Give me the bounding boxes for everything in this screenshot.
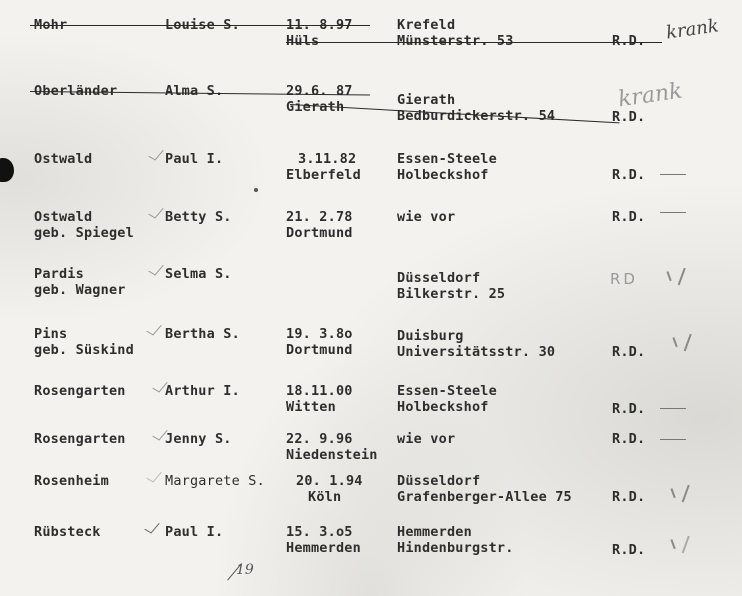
birth-place: Hemmerden	[286, 540, 361, 556]
city: Düsseldorf	[397, 473, 480, 489]
city: Hemmerden	[397, 524, 472, 540]
handwritten-annotation: krank	[665, 15, 720, 43]
surname: Rosengarten	[34, 431, 126, 447]
list-item: Rübsteck Paul I. 15. 3.o5 Hemmerden Hemm…	[0, 524, 742, 564]
list-item: Oberländer Alma S. 29.6. 87 Gierath Gier…	[0, 83, 742, 123]
rd-marker: R.D.	[612, 209, 645, 225]
rd-marker: R.D.	[612, 489, 645, 505]
city: Düsseldorf	[397, 270, 480, 286]
birth-place: Hüls	[286, 33, 319, 49]
birth-place: Köln	[308, 489, 341, 505]
birth-date: 22. 9.96	[286, 431, 353, 447]
list-item: Rosenheim Margarete S. 20. 1.94 Köln Düs…	[0, 473, 742, 513]
folio-number: 19	[236, 562, 254, 578]
street: Universitätsstr. 30	[397, 344, 555, 360]
rd-marker-handwritten: RD	[610, 270, 638, 288]
first-name: Selma S.	[165, 266, 232, 282]
street: Grafenberger-Allee 75	[397, 489, 572, 505]
first-name: Alma S.	[165, 83, 223, 99]
birth-place: Elberfeld	[286, 167, 361, 183]
surname-line2: geb. Spiegel	[34, 225, 134, 241]
first-name: Paul I.	[165, 151, 223, 167]
birth-date: 3.11.82	[298, 151, 356, 167]
birth-place: Niedenstein	[286, 447, 378, 463]
city: wie vor	[397, 431, 455, 447]
rd-marker: R.D.	[612, 401, 645, 417]
city: Duisburg	[397, 328, 464, 344]
surname: Rübsteck	[34, 524, 101, 540]
list-item: Pins geb. Süskind Bertha S. 19. 3.8o Dor…	[0, 326, 742, 366]
street: Münsterstr. 53	[397, 33, 514, 49]
strike-line	[30, 25, 370, 26]
surname: Rosenheim	[34, 473, 109, 489]
check-tick-icon	[148, 261, 163, 275]
birth-date: 15. 3.o5	[286, 524, 353, 540]
surname: Pardis	[34, 266, 84, 282]
rd-marker: R.D.	[612, 431, 645, 447]
first-name: Betty S.	[165, 209, 232, 225]
dash-mark-icon	[660, 408, 686, 409]
surname: Rosengarten	[34, 383, 126, 399]
birth-place: Dortmund	[286, 225, 353, 241]
rd-marker: R.D.	[612, 167, 645, 183]
surname-line2: geb. Süskind	[34, 342, 134, 358]
check-mark-icon	[673, 533, 689, 554]
rd-marker: R.D.	[612, 542, 645, 558]
list-item: Mohr Louise S. 11. 8.97 Hüls Krefeld Mün…	[0, 17, 742, 57]
city: Gierath	[397, 92, 455, 108]
document-page: Mohr Louise S. 11. 8.97 Hüls Krefeld Mün…	[0, 0, 742, 596]
rd-marker: R.D.	[612, 344, 645, 360]
street: Holbeckshof	[397, 399, 489, 415]
birth-place: Witten	[286, 399, 336, 415]
street: Hindenburgstr.	[397, 540, 514, 556]
rd-marker: R.D.	[612, 33, 645, 49]
dash-mark-icon	[660, 212, 686, 213]
check-mark-icon	[675, 331, 691, 352]
check-tick-icon	[148, 146, 163, 160]
first-name: Arthur I.	[165, 383, 240, 399]
list-item: Pardis geb. Wagner Selma S. Düsseldorf B…	[0, 266, 742, 306]
surname-line2: geb. Wagner	[34, 282, 126, 298]
surname: Ostwald	[34, 151, 92, 167]
list-item: Rosengarten Arthur I. 18.11.00 Witten Es…	[0, 383, 742, 423]
check-mark-icon	[669, 265, 685, 286]
birth-date: 18.11.00	[286, 383, 353, 399]
first-name: Margarete S.	[165, 473, 265, 489]
list-item: Rosengarten Jenny S. 22. 9.96 Niedenstei…	[0, 431, 742, 471]
city: wie vor	[397, 209, 455, 225]
dash-mark-icon	[660, 439, 686, 440]
list-item: Ostwald geb. Spiegel Betty S. 21. 2.78 D…	[0, 209, 742, 249]
check-tick-icon	[144, 519, 159, 533]
street: Holbeckshof	[397, 167, 489, 183]
check-mark-icon	[673, 482, 689, 503]
birth-date: 29.6. 87	[286, 83, 353, 99]
strike-line	[286, 42, 662, 43]
first-name: Bertha S.	[165, 326, 240, 342]
first-name: Jenny S.	[165, 431, 232, 447]
birth-date: 19. 3.8o	[286, 326, 353, 342]
list-item: Ostwald Paul I. 3.11.82 Elberfeld Essen-…	[0, 151, 742, 191]
check-tick-icon	[148, 204, 163, 218]
check-tick-icon	[146, 321, 161, 335]
city: Essen-Steele	[397, 151, 497, 167]
birth-place: Dortmund	[286, 342, 353, 358]
birth-date: 20. 1.94	[296, 473, 363, 489]
city: Essen-Steele	[397, 383, 497, 399]
handwritten-annotation: krank	[617, 79, 684, 113]
birth-date: 21. 2.78	[286, 209, 353, 225]
dash-mark-icon	[660, 174, 686, 175]
surname: Ostwald	[34, 209, 92, 225]
first-name: Paul I.	[165, 524, 223, 540]
city: Krefeld	[397, 17, 455, 33]
surname: Pins	[34, 326, 67, 342]
street: Bilkerstr. 25	[397, 286, 505, 302]
